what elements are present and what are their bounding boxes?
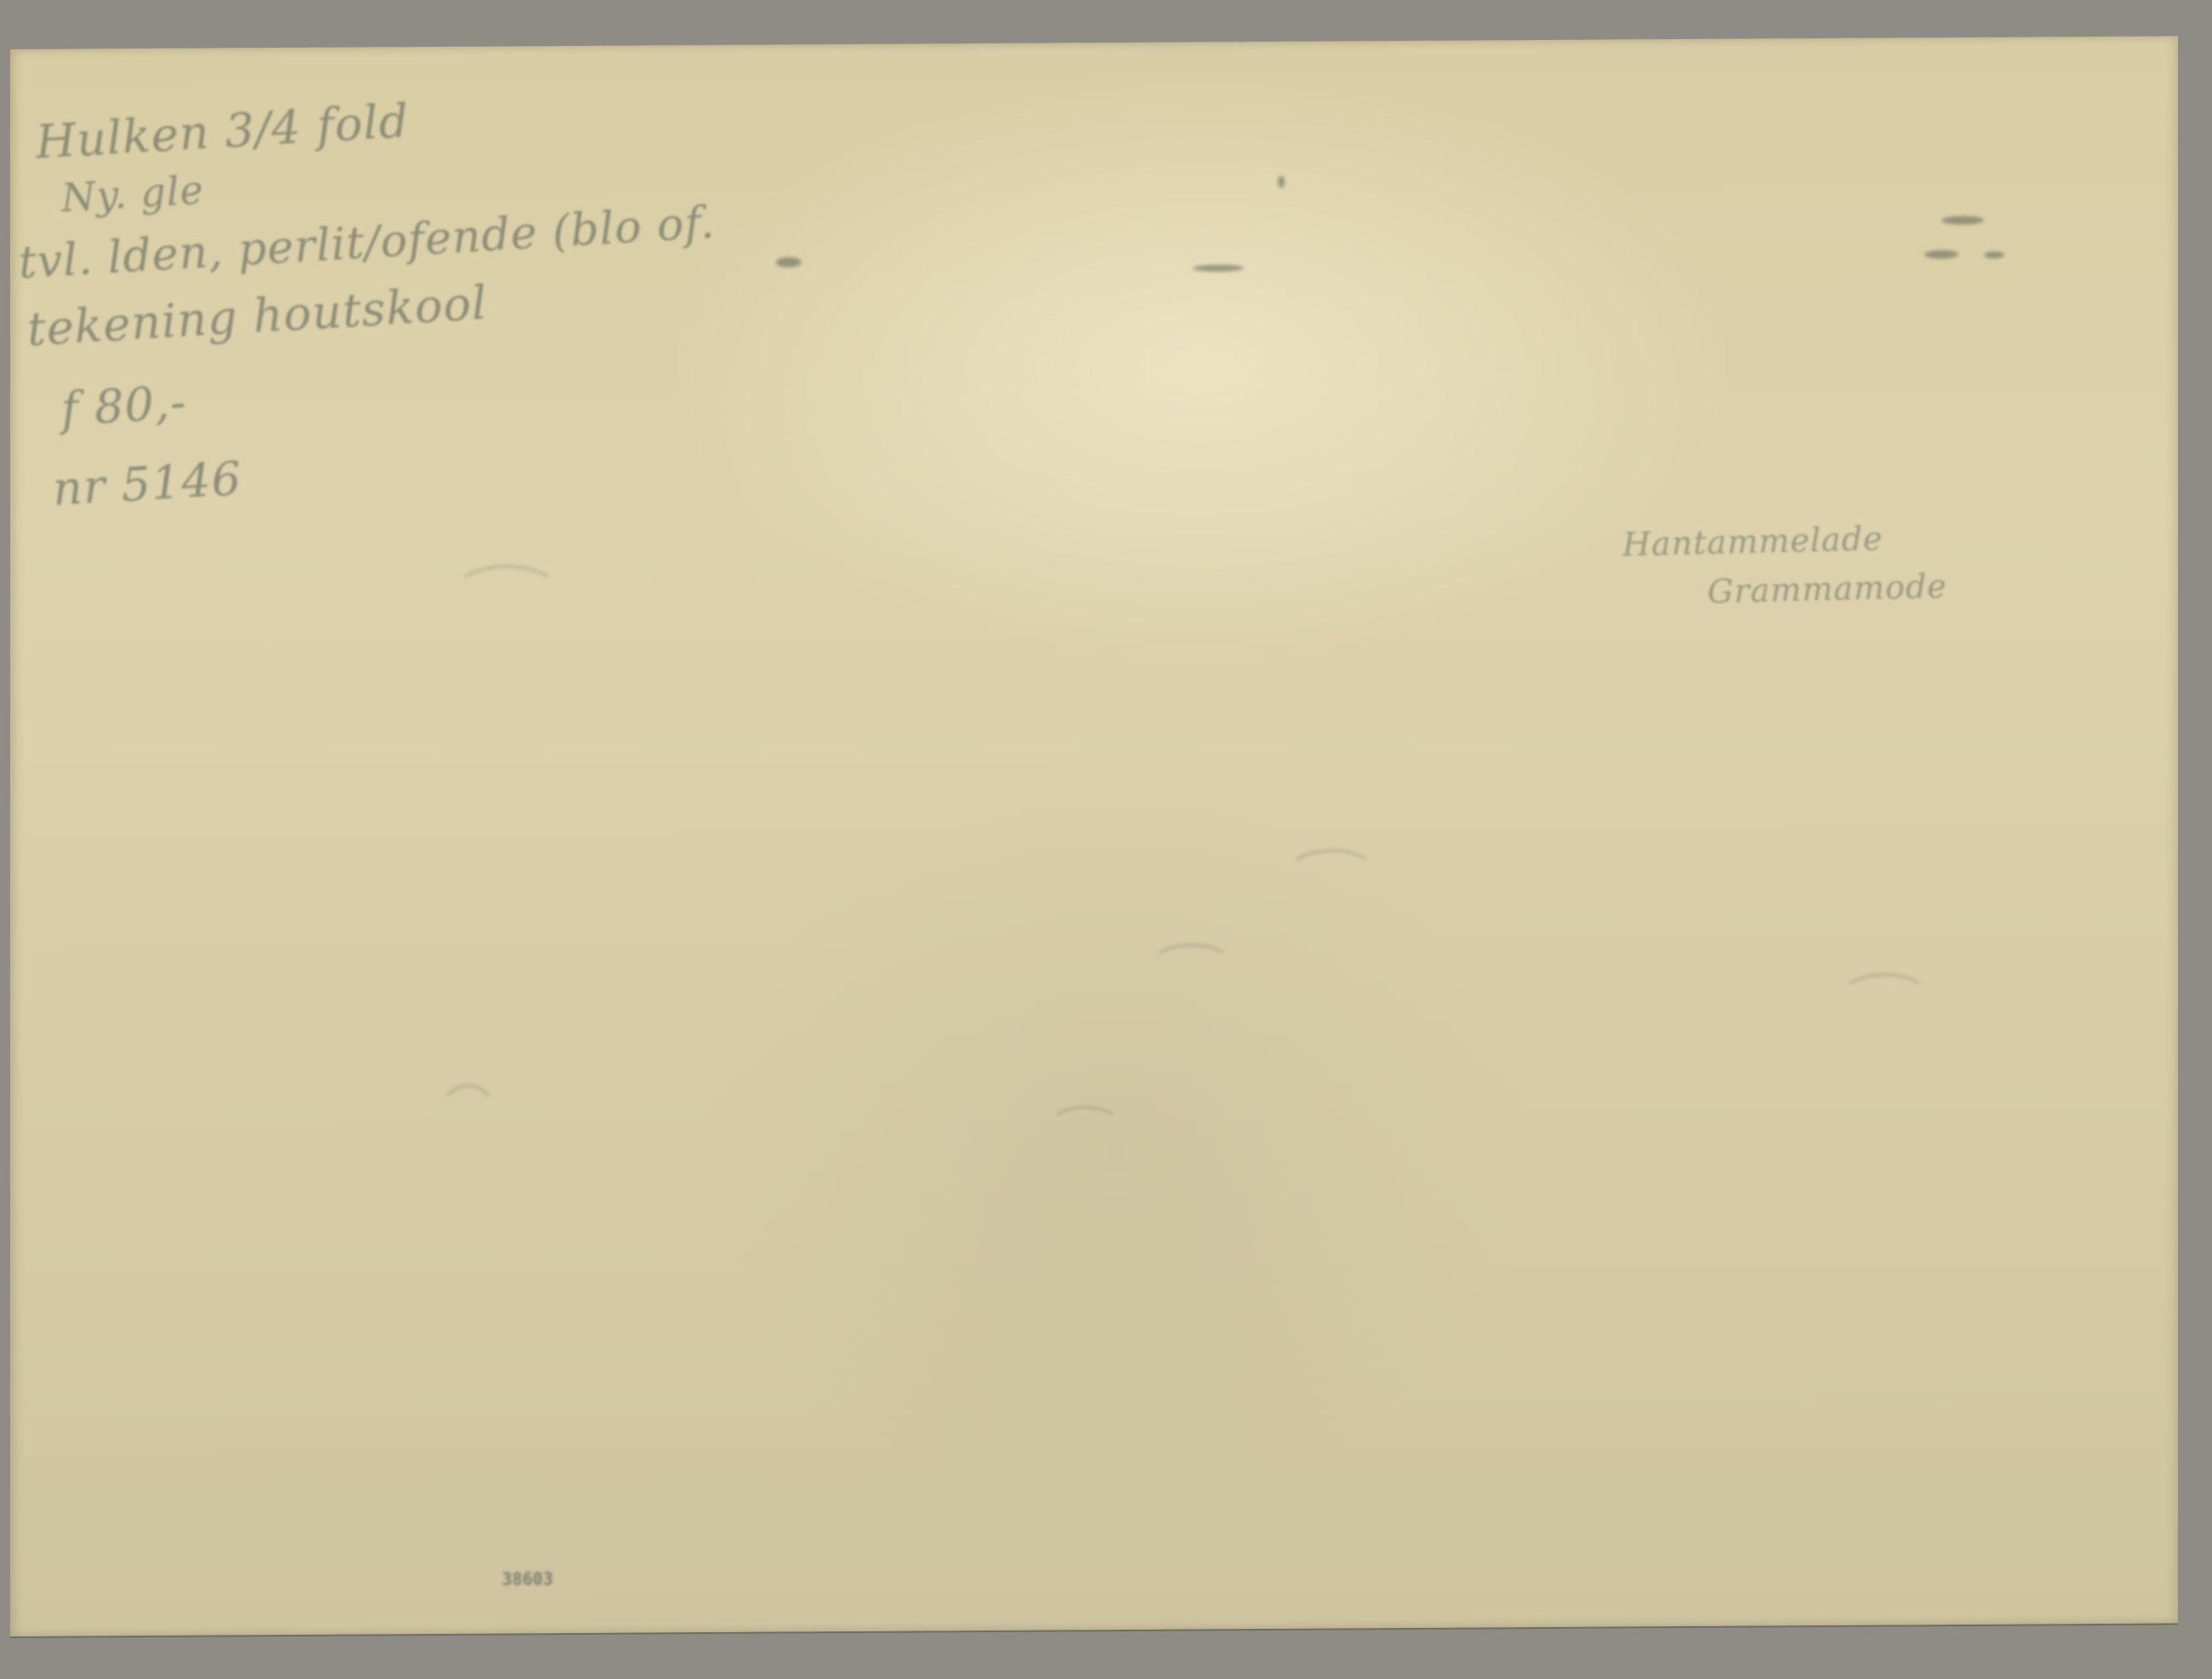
ink-speck xyxy=(1193,265,1244,271)
paper-fibre-mark xyxy=(1150,943,1232,983)
paper-fibre-mark xyxy=(1048,1106,1121,1146)
ink-speck xyxy=(1924,250,1958,259)
paper-fibre-mark xyxy=(453,565,560,622)
paper-fibre-mark xyxy=(1839,973,1930,1022)
paper-fibre-mark xyxy=(1286,849,1377,897)
pencil-inscription-line-4: tekening houtskool xyxy=(26,276,488,356)
paper-fibre-mark xyxy=(436,1084,500,1165)
ink-speck xyxy=(1278,176,1285,188)
paper-sheet: Hulken 3/4 fold Ny. gle tvl. lden, perli… xyxy=(10,36,2178,1636)
ink-speck xyxy=(1984,252,2004,259)
pencil-inscription-line-2: Ny. gle xyxy=(60,167,205,221)
pencil-inscription-right-1: Hantammelade xyxy=(1622,520,1884,563)
inventory-stamp: 38603 xyxy=(502,1568,553,1589)
pencil-inscription-number: nr 5146 xyxy=(51,452,242,516)
pencil-inscription-line-1: Hulken 3/4 fold xyxy=(34,94,410,169)
ink-speck xyxy=(776,257,801,267)
pencil-inscription-price: f 80,- xyxy=(60,375,187,436)
pencil-inscription-right-2: Grammamode xyxy=(1707,567,1947,611)
ink-speck xyxy=(1941,216,1984,225)
